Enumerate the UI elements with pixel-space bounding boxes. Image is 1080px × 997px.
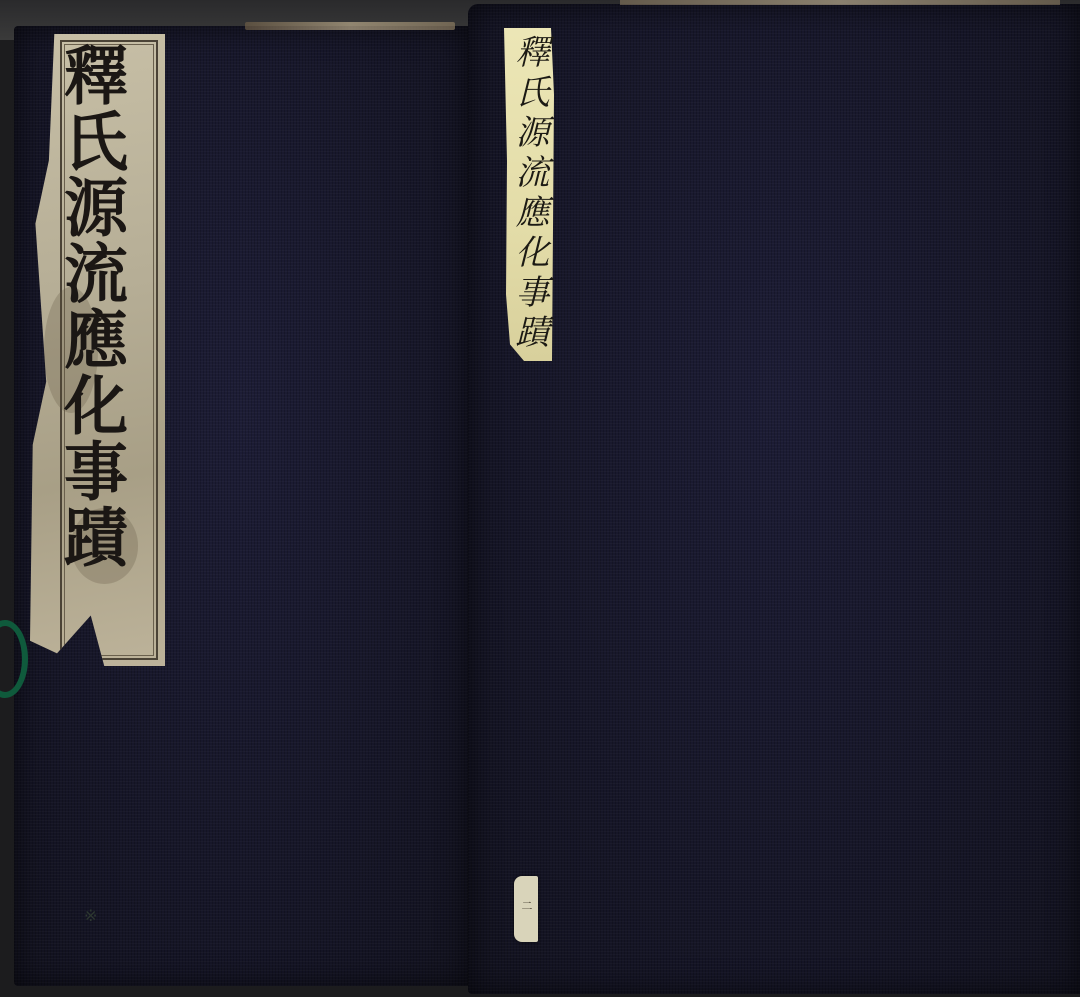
left-book-page-edge	[245, 22, 455, 30]
right-book-cover	[468, 4, 1080, 994]
right-book-title: 釋氏源流應化事蹟	[507, 34, 551, 354]
seal-mark-icon: ※	[84, 906, 97, 925]
left-book-title: 釋氏源流應化事蹟	[40, 42, 140, 570]
right-book-page-edge	[620, 0, 1060, 5]
volume-tag-text: 二	[514, 900, 538, 911]
